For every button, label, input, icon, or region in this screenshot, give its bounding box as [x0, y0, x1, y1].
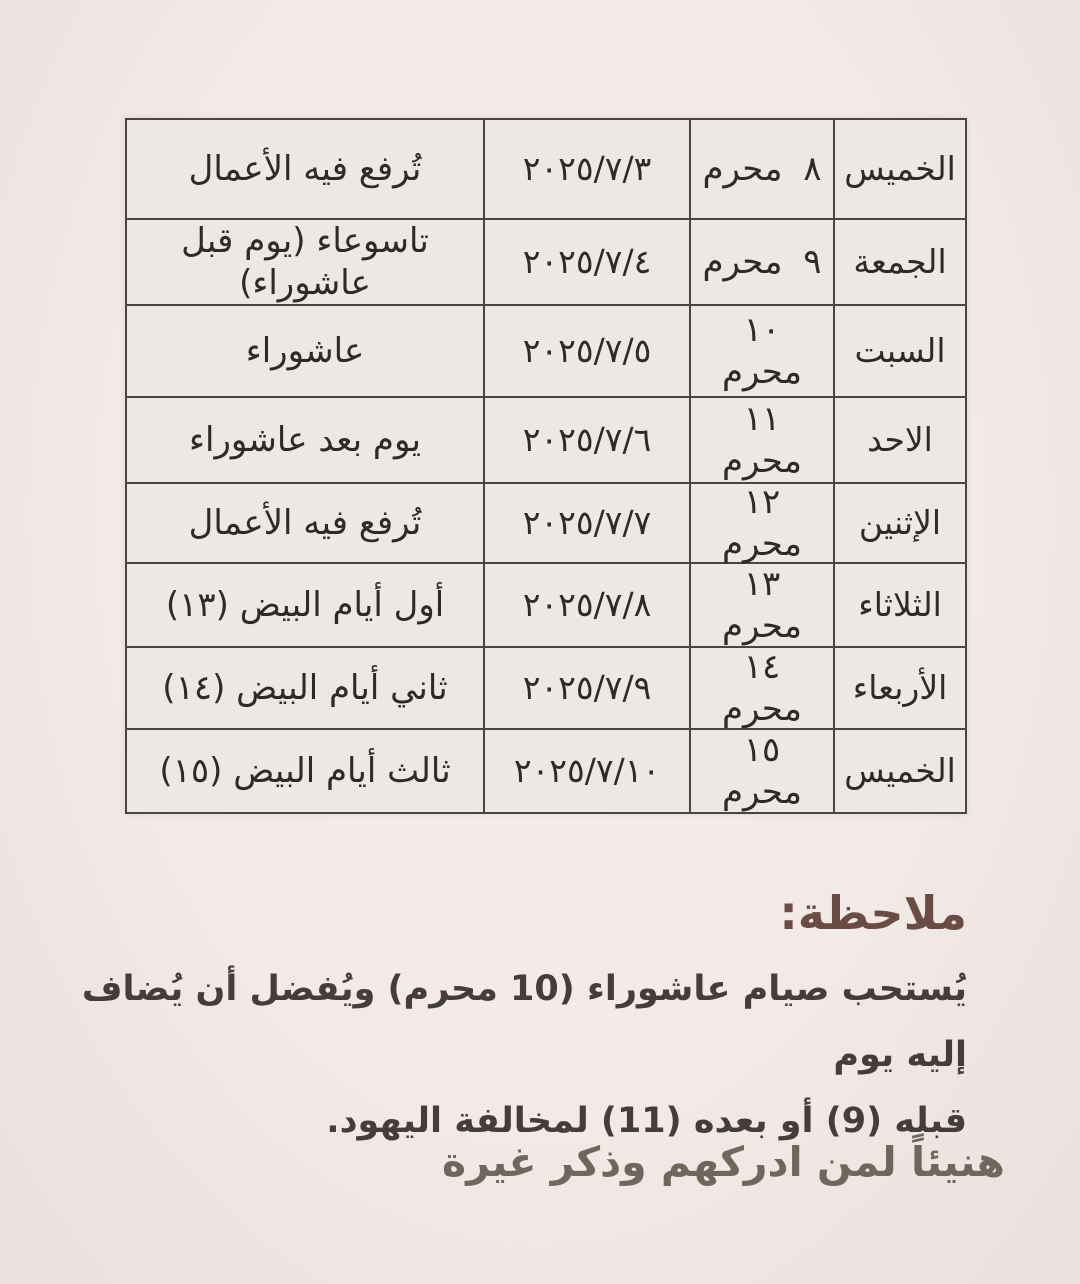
day-cell: الخميس — [835, 120, 965, 218]
hijri-date-cell: ١٣ محرم — [691, 564, 835, 646]
gregorian-date-cell: ٢٠٢٥/٧/٤ — [485, 220, 691, 304]
hijri-date-cell: ٨ محرم — [691, 120, 835, 218]
table-row: السبت ١٠ محرم ٢٠٢٥/٧/٥ عاشوراء — [127, 306, 965, 398]
table-row: الجمعة ٩ محرم ٢٠٢٥/٧/٤ تاسوعاء (يوم قبل … — [127, 220, 965, 306]
note-body-line: يُستحب صيام عاشوراء (10 محرم) ويُفضل أن … — [57, 956, 967, 1088]
day-cell: الجمعة — [835, 220, 965, 304]
hijri-date-cell: ١٢ محرم — [691, 484, 835, 562]
table-row: الأربعاء ١٤ محرم ٢٠٢٥/٧/٩ ثاني أيام البي… — [127, 648, 965, 730]
description-cell: تُرفع فيه الأعمال — [127, 120, 485, 218]
description-cell: تُرفع فيه الأعمال — [127, 484, 485, 562]
description-cell: أول أيام البيض (١٣) — [127, 564, 485, 646]
note-heading: ملاحظة: — [57, 886, 967, 940]
day-cell: الاحد — [835, 398, 965, 482]
hijri-date-cell: ١٥ محرم — [691, 730, 835, 812]
muharram-calendar-table: الخميس ٨ محرم ٢٠٢٥/٧/٣ تُرفع فيه الأعمال… — [125, 118, 967, 814]
gregorian-date-cell: ٢٠٢٥/٧/٩ — [485, 648, 691, 728]
day-cell: الإثنين — [835, 484, 965, 562]
hijri-date-cell: ١٠ محرم — [691, 306, 835, 396]
day-cell: السبت — [835, 306, 965, 396]
table-row: الاحد ١١ محرم ٢٠٢٥/٧/٦ يوم بعد عاشوراء — [127, 398, 965, 484]
gregorian-date-cell: ٢٠٢٥/٧/٧ — [485, 484, 691, 562]
description-cell: تاسوعاء (يوم قبل عاشوراء) — [127, 220, 485, 304]
gregorian-date-cell: ٢٠٢٥/٧/٦ — [485, 398, 691, 482]
table-row: الإثنين ١٢ محرم ٢٠٢٥/٧/٧ تُرفع فيه الأعم… — [127, 484, 965, 564]
table-row: الخميس ١٥ محرم ٢٠٢٥/٧/١٠ ثالث أيام البيض… — [127, 730, 965, 812]
gregorian-date-cell: ٢٠٢٥/٧/٨ — [485, 564, 691, 646]
hijri-date-cell: ٩ محرم — [691, 220, 835, 304]
table-row: الخميس ٨ محرم ٢٠٢٥/٧/٣ تُرفع فيه الأعمال — [127, 120, 965, 220]
table-row: الثلاثاء ١٣ محرم ٢٠٢٥/٧/٨ أول أيام البيض… — [127, 564, 965, 648]
day-cell: الأربعاء — [835, 648, 965, 728]
day-cell: الثلاثاء — [835, 564, 965, 646]
gregorian-date-cell: ٢٠٢٥/٧/٥ — [485, 306, 691, 396]
description-cell: يوم بعد عاشوراء — [127, 398, 485, 482]
day-cell: الخميس — [835, 730, 965, 812]
page: { "page": { "background_color": "#f2eae7… — [0, 0, 1080, 1284]
gregorian-date-cell: ٢٠٢٥/٧/١٠ — [485, 730, 691, 812]
hijri-date-cell: ١٤ محرم — [691, 648, 835, 728]
note-section: ملاحظة: يُستحب صيام عاشوراء (10 محرم) وي… — [57, 886, 967, 1154]
closing-line: هنيئاً لمن ادركهم وذكر غيرة — [442, 1138, 1005, 1186]
description-cell: ثاني أيام البيض (١٤) — [127, 648, 485, 728]
gregorian-date-cell: ٢٠٢٥/٧/٣ — [485, 120, 691, 218]
description-cell: ثالث أيام البيض (١٥) — [127, 730, 485, 812]
description-cell: عاشوراء — [127, 306, 485, 396]
hijri-date-cell: ١١ محرم — [691, 398, 835, 482]
